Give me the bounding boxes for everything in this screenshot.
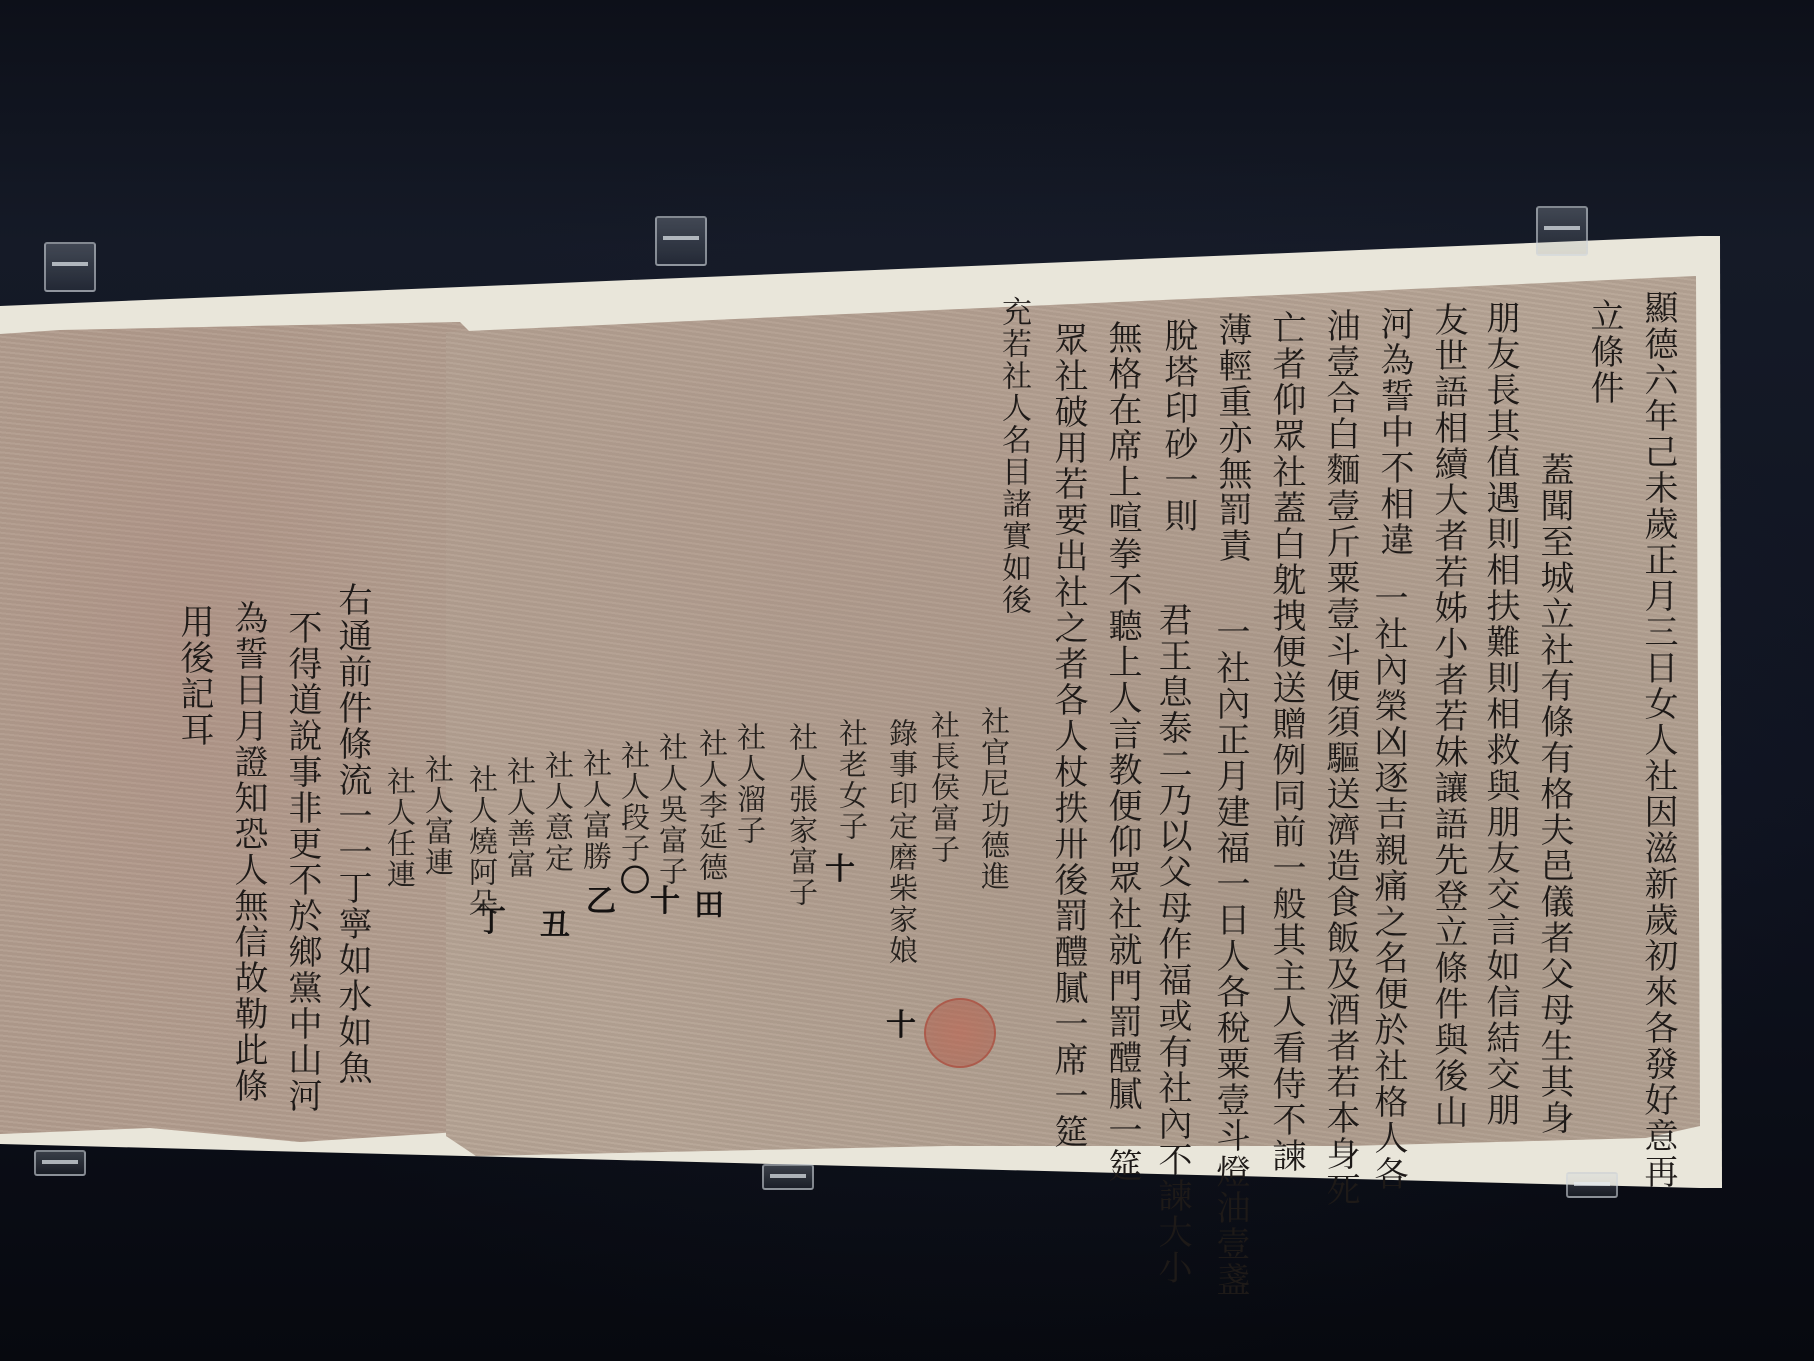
signature-9: 社人段子 [612,740,656,864]
text-column-4: 朋友長其值遇則相扶難則相救與朋友交言如信結交朋 [1478,300,1522,1128]
signature-11: 社人意定 [536,750,580,874]
text-column-2: 立條件 [1582,298,1626,406]
signature-mark-6: 〇 [620,856,650,900]
text-column-15: 眾社破用若要出社之者各人杖抶卅後罰醴膩一席一筵 [1046,322,1090,1150]
display-clip-bottom-left [34,1150,86,1176]
signature-mark-1: 十 [886,1000,916,1044]
signature-mark-7: 乙 [586,876,616,920]
text-column-1: 顯德六年己未歲正月三日女人社因滋新歲初來各發好意再 [1636,290,1680,1190]
text-column-16: 充若社人名目諸實如後 [994,296,1032,616]
text-column-6: 河為誓中不相違 [1372,306,1416,558]
display-clip-bottom-right [1566,1172,1618,1198]
text-column-11: 一社內正月建福一日人各稅粟壹斗燈油壹盞 [1208,614,1252,1298]
signature-8: 社人吳富子 [650,732,694,887]
text-column-3: 蓋聞至城立社有條有格夫邑儀者父母生其身 [1532,452,1576,1136]
left-text-column-4: 用後記耳 [172,604,216,748]
signature-mark-9: 丁 [476,896,506,940]
signature-7: 社人李延德 [690,728,734,883]
signature-mark-5: 十 [650,876,680,920]
signature-2: 社長侯富子 [922,710,966,865]
signature-14: 社人富連 [416,754,460,878]
signature-3: 錄事印定磨柴家娘 [880,718,924,966]
display-clip-top-right [1536,206,1588,256]
signature-15: 社人任連 [378,766,422,890]
red-seal-stamp [924,998,996,1068]
text-column-14: 無格在席上喧拳不聽上人言教便仰眾社就門罰醴膩一筵 [1100,320,1144,1184]
signature-mark-8: 丑 [540,900,570,944]
display-clip-top-left [44,242,96,292]
text-column-8: 油壹合白麵壹斤粟壹斗便須驅送濟造食飯及酒者若本身死 [1318,308,1362,1208]
signature-5: 社人張家富子 [780,722,824,908]
text-column-7: 一社內榮凶逐吉親痛之名便於社格人各 [1366,580,1410,1192]
text-column-5: 友世語相續大者若姊小者若妹讓語先登立條件與後山 [1426,302,1470,1130]
left-text-column-3: 為誓日月證知恐人無信故勒此條 [226,600,270,1104]
text-column-12: 脫塔印砂一則 [1156,318,1200,534]
text-column-9: 亡者仰眾社蓋白躭拽便送贈例同前一般其主人看侍不諫 [1264,310,1308,1174]
signature-1: 社官尼功德進 [972,706,1016,892]
signature-4: 社老女子 [830,718,874,842]
left-text-column-1: 右通前件條流一一丁寧如水如魚 [330,582,374,1086]
signature-10: 社人富勝 [574,748,618,872]
signature-mark-2: 十 [825,844,855,888]
display-clip-top-middle [655,216,707,266]
text-column-13: 君王息泰二乃以父母作福或有社內不諫大小 [1150,602,1194,1286]
display-clip-bottom-middle [762,1164,814,1190]
text-column-10: 薄輕重亦無罰責 [1210,312,1254,564]
signature-mark-4: 田 [694,880,724,924]
signature-6: 社人溜子 [728,722,772,846]
left-text-column-2: 不得道說事非更不於鄉黨中山河 [280,610,324,1114]
signature-12: 社人善富 [498,756,542,880]
